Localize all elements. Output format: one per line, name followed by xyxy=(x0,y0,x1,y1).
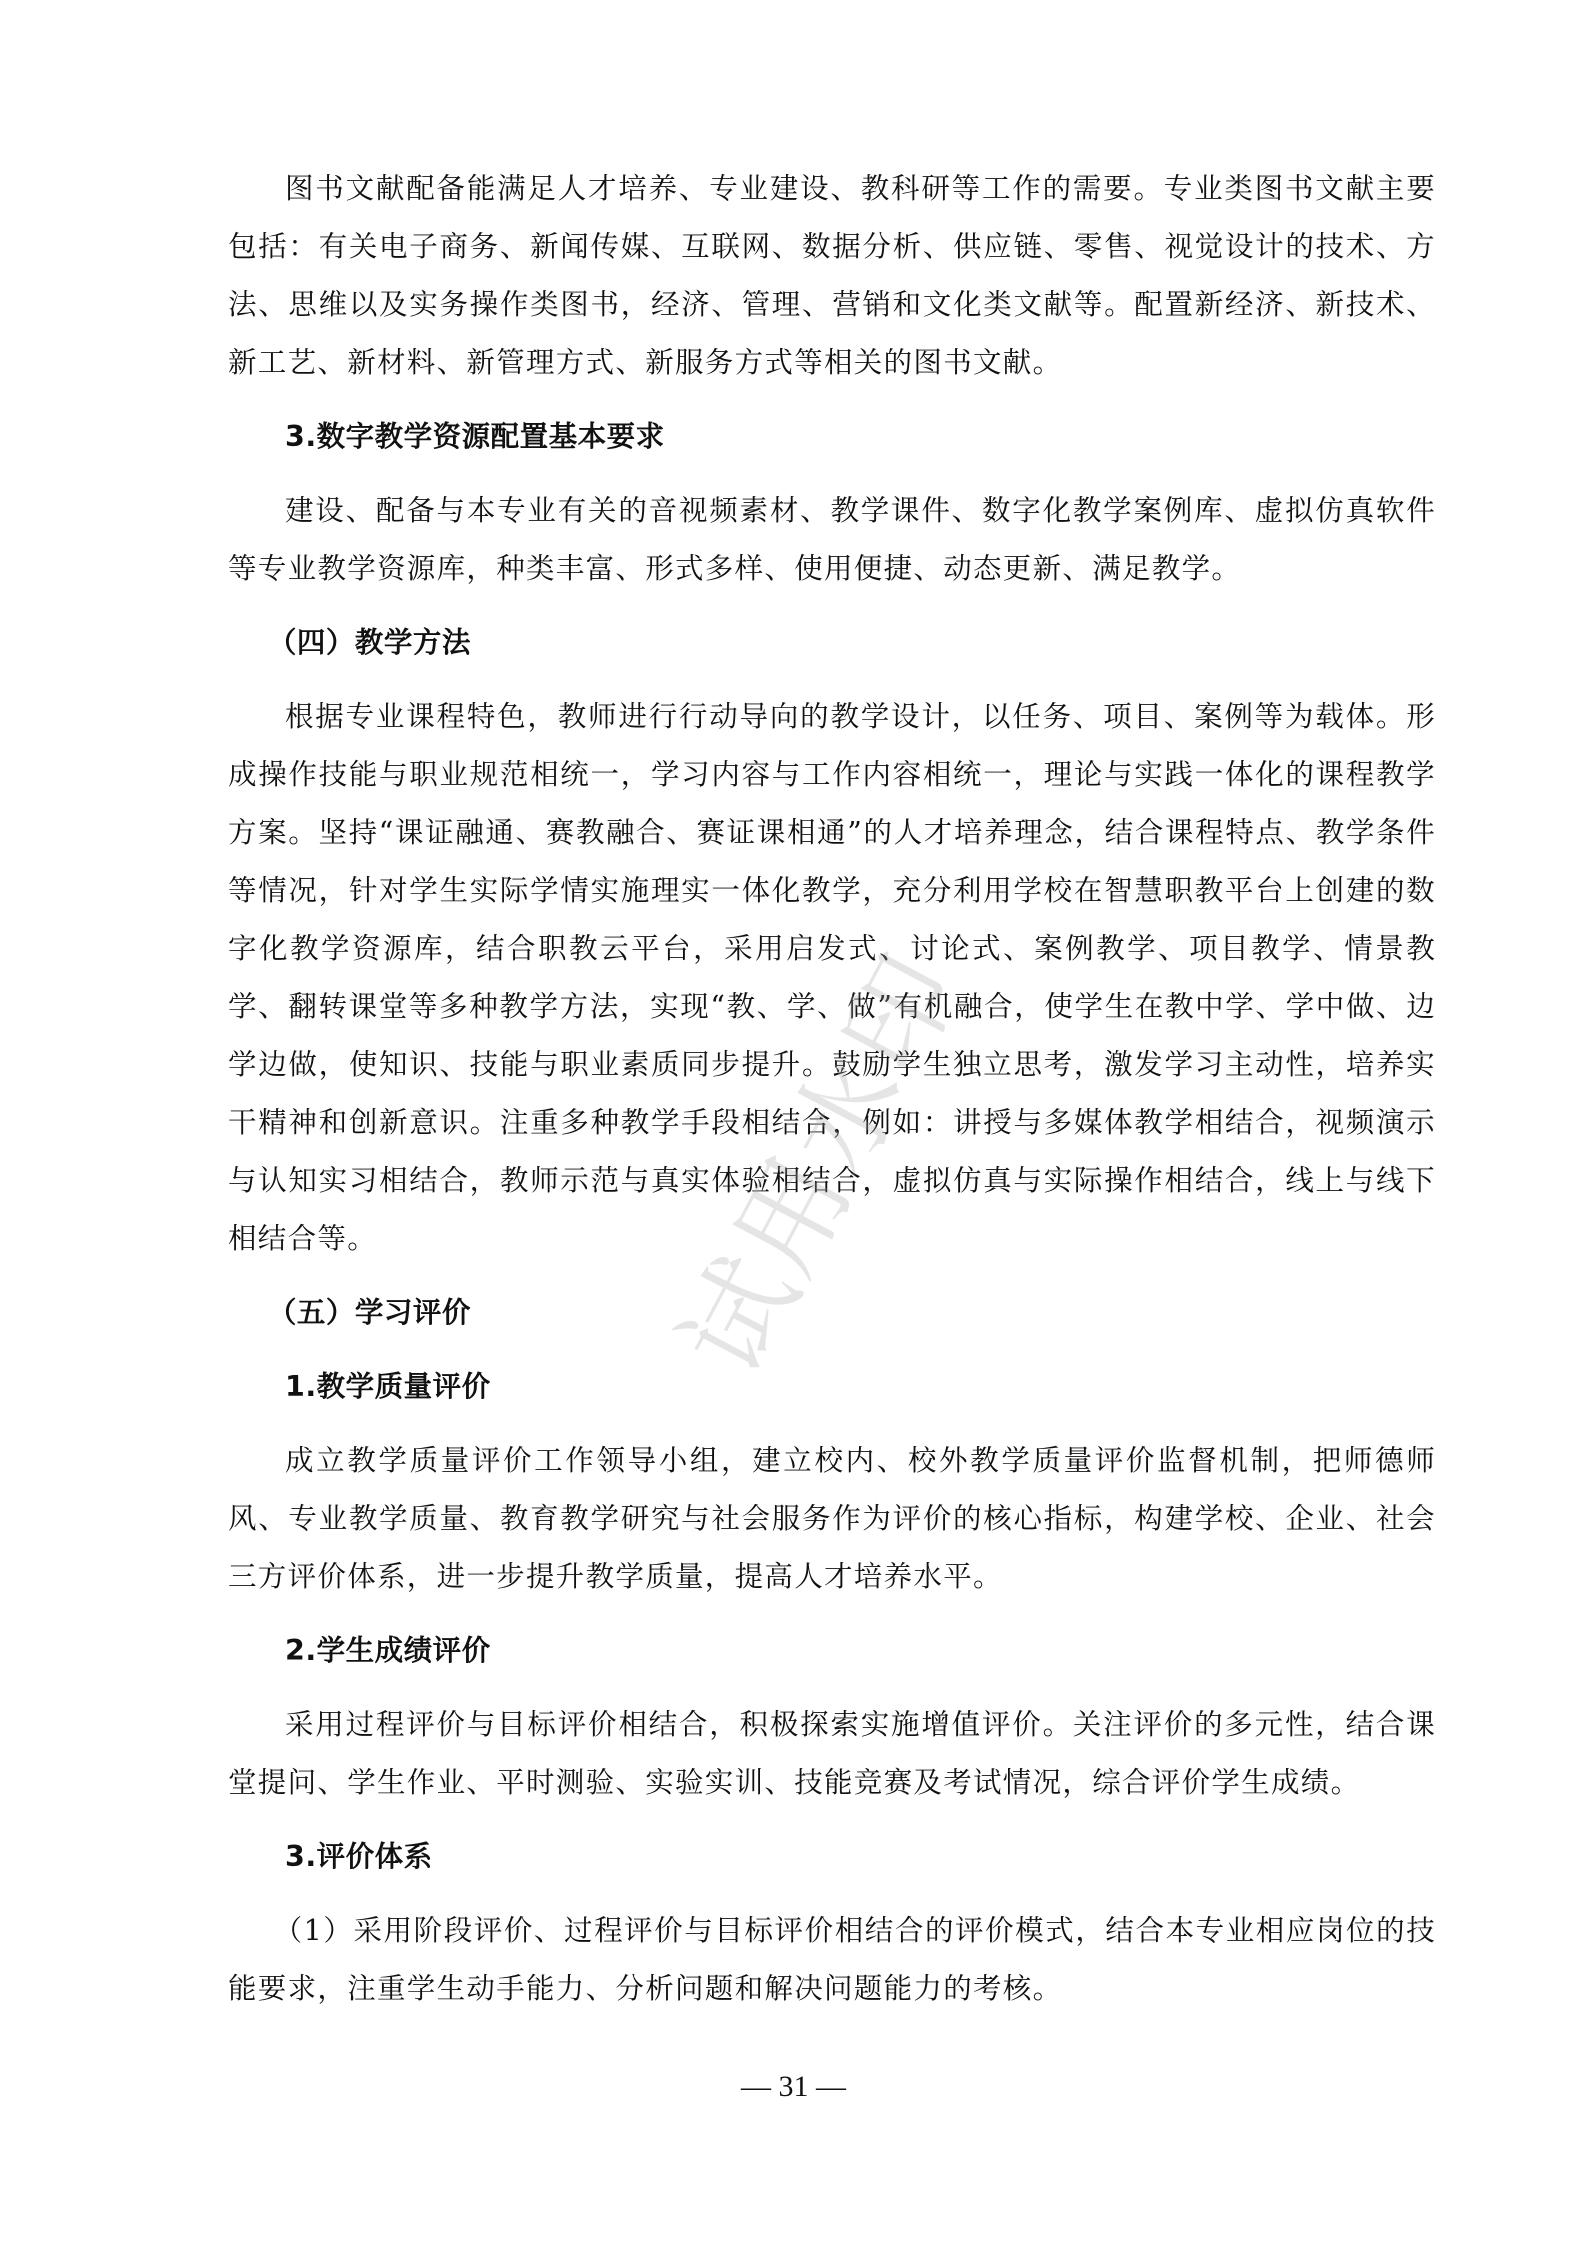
heading-teaching-quality-evaluation: 1.教学质量评价 xyxy=(228,1358,1436,1416)
paragraph-digital-resources: 建设、配备与本专业有关的音视频素材、教学课件、数字化教学案例库、虚拟仿真软件等专… xyxy=(228,482,1436,598)
paragraph-teaching-methods: 根据专业课程特色，教师进行行动导向的教学设计，以任务、项目、案例等为载体。形成操… xyxy=(228,688,1436,1268)
document-page: 图书文献配备能满足人才培养、专业建设、教科研等工作的需要。专业类图书文献主要包括… xyxy=(0,0,1587,2245)
page-content: 图书文献配备能满足人才培养、专业建设、教科研等工作的需要。专业类图书文献主要包括… xyxy=(228,160,1436,2034)
heading-digital-resources: 3.数字教学资源配置基本要求 xyxy=(228,408,1436,466)
heading-evaluation-system: 3.评价体系 xyxy=(228,1828,1436,1886)
paragraph-teaching-quality-evaluation: 成立教学质量评价工作领导小组，建立校内、校外教学质量评价监督机制，把师德师风、专… xyxy=(228,1432,1436,1606)
paragraph-student-grade-evaluation: 采用过程评价与目标评价相结合，积极探索实施增值评价。关注评价的多元性，结合课堂提… xyxy=(228,1696,1436,1812)
page-number: — 31 — xyxy=(0,2070,1587,2104)
heading-learning-evaluation: （五）学习评价 xyxy=(228,1284,1436,1342)
heading-teaching-methods: （四）教学方法 xyxy=(228,614,1436,672)
paragraph-evaluation-system-item-1: （1）采用阶段评价、过程评价与目标评价相结合的评价模式，结合本专业相应岗位的技能… xyxy=(228,1902,1436,2018)
paragraph-library-resources: 图书文献配备能满足人才培养、专业建设、教科研等工作的需要。专业类图书文献主要包括… xyxy=(228,160,1436,392)
heading-student-grade-evaluation: 2.学生成绩评价 xyxy=(228,1622,1436,1680)
